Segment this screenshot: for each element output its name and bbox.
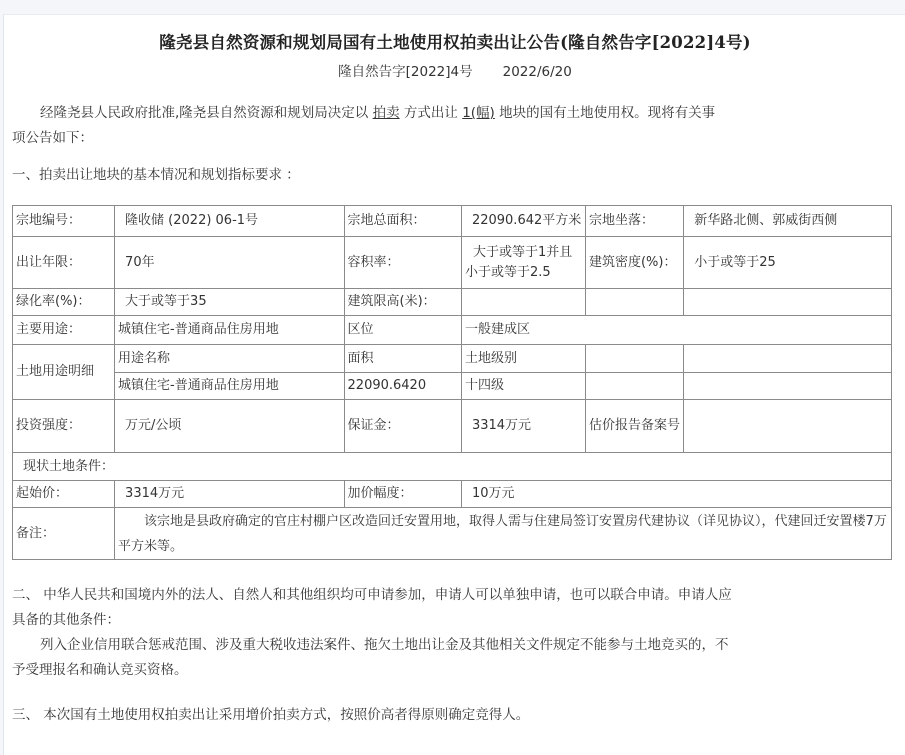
table-row: 宗地编号： 隆收储 (2022) 06-1号 宗地总面积： 22090.642平… xyxy=(13,206,892,237)
detail-header-grade: 土地级别 xyxy=(461,345,585,373)
document-title: 隆尧县自然资源和规划局国有土地使用权拍卖出让公告(隆自然告字[2022]4号) xyxy=(4,29,905,53)
main-use-label: 主要用途： xyxy=(13,316,115,345)
table-row: 出让年限： 70年 容积率： 大于或等于1并且小于或等于2.5 建筑密度(%)：… xyxy=(13,237,892,289)
appraisal-value xyxy=(684,400,892,453)
detail-grade-value: 十四级 xyxy=(461,373,585,400)
parcel-no-value: 隆收储 (2022) 06-1号 xyxy=(115,206,344,237)
deposit-label: 保证金： xyxy=(344,400,461,453)
far-value: 大于或等于1并且小于或等于2.5 xyxy=(461,237,585,289)
start-price-label: 起始价： xyxy=(13,481,115,508)
section-2-line: 予受理报名和确认竞买资格。 xyxy=(12,658,902,683)
detail-header-use: 用途名称 xyxy=(115,345,344,373)
detail-use-value: 城镇住宅-普通商品住房用地 xyxy=(115,373,344,400)
empty-cell xyxy=(585,289,683,316)
empty-cell xyxy=(684,373,892,400)
document-page: 隆尧县自然资源和规划局国有土地使用权拍卖出让公告(隆自然告字[2022]4号) … xyxy=(3,14,905,736)
doc-number: 隆自然告字[2022]4号 xyxy=(338,60,472,80)
deposit-value: 3314万元 xyxy=(461,400,585,453)
intro-text: 经隆尧县人民政府批准,隆尧县自然资源和规划局决定以 xyxy=(40,105,373,121)
total-area-label: 宗地总面积： xyxy=(344,206,461,237)
far-line-2: 小于或等于2.5 xyxy=(465,263,582,283)
increment-value: 10万元 xyxy=(461,481,891,508)
table-row: 城镇住宅-普通商品住房用地 22090.6420 十四级 xyxy=(13,373,892,400)
table-row: 起始价： 3314万元 加价幅度： 10万元 xyxy=(13,481,892,508)
empty-cell xyxy=(585,345,683,373)
main-use-value: 城镇住宅-普通商品住房用地 xyxy=(115,316,344,345)
auction-method: 拍卖 xyxy=(373,105,400,121)
investment-label: 投资强度： xyxy=(13,400,115,453)
empty-cell xyxy=(684,289,892,316)
table-row: 主要用途： 城镇住宅-普通商品住房用地 区位 一般建成区 xyxy=(13,316,892,345)
table-row: 土地用途明细 用途名称 面积 土地级别 xyxy=(13,345,892,373)
zone-value: 一般建成区 xyxy=(461,316,891,345)
intro-text: 地块的国有土地使用权。现将有关事 xyxy=(495,105,715,121)
section-3: 三、 本次国有土地使用权拍卖出让采用增价拍卖方式，按照价高者得原则确定竞得人。 xyxy=(12,703,529,728)
document-subtitle: 隆自然告字[2022]4号2022/6/20 xyxy=(4,60,905,80)
land-use-detail-label: 土地用途明细 xyxy=(13,345,115,400)
detail-header-area: 面积 xyxy=(344,345,461,373)
appraisal-label: 估价报告备案号 xyxy=(585,400,683,453)
detail-area-value: 22090.6420 xyxy=(344,373,461,400)
term-label: 出让年限： xyxy=(13,237,115,289)
increment-label: 加价幅度： xyxy=(344,481,461,508)
investment-value: 万元/公顷 xyxy=(115,400,344,453)
current-condition-label: 现状土地条件： xyxy=(13,453,892,481)
section-2-line: 具备的其他条件： xyxy=(12,608,902,633)
parcel-info-table: 宗地编号： 隆收储 (2022) 06-1号 宗地总面积： 22090.642平… xyxy=(12,205,892,560)
empty-cell xyxy=(684,345,892,373)
green-value: 大于或等于35 xyxy=(115,289,344,316)
empty-cell xyxy=(585,373,683,400)
intro-paragraph: 经隆尧县人民政府批准,隆尧县自然资源和规划局决定以 拍卖 方式出让 1(幅) 地… xyxy=(12,101,892,151)
intro-text: 方式出让 xyxy=(400,105,463,121)
section-2-line: 列入企业信用联合惩戒范围、涉及重大税收违法案件、拖欠土地出让金及其他相关文件规定… xyxy=(12,633,902,658)
parcel-count: 1(幅) xyxy=(462,105,495,121)
term-value: 70年 xyxy=(115,237,344,289)
zone-label: 区位 xyxy=(344,316,461,345)
far-line-1: 大于或等于1并且 xyxy=(465,243,582,263)
section-2: 二、 中华人民共和国境内外的法人、自然人和其他组织均可申请参加，申请人可以单独申… xyxy=(12,583,902,683)
total-area-value: 22090.642平方米 xyxy=(461,206,585,237)
location-label: 宗地坐落： xyxy=(585,206,683,237)
table-row: 备注： 该宗地是县政府确定的官庄村棚户区改造回迁安置用地，取得人需与住建局签订安… xyxy=(13,508,892,560)
section-2-line: 二、 中华人民共和国境内外的法人、自然人和其他组织均可申请参加，申请人可以单独申… xyxy=(12,583,902,608)
table-row: 投资强度： 万元/公顷 保证金： 3314万元 估价报告备案号 xyxy=(13,400,892,453)
parcel-no-label: 宗地编号： xyxy=(13,206,115,237)
remarks-label: 备注： xyxy=(13,508,115,560)
doc-date: 2022/6/20 xyxy=(503,64,572,80)
density-value: 小于或等于25 xyxy=(684,237,892,289)
height-value xyxy=(461,289,585,316)
density-label: 建筑密度(%)： xyxy=(585,237,683,289)
intro-text: 项公告如下： xyxy=(12,130,93,146)
green-label: 绿化率(%)： xyxy=(13,289,115,316)
far-label: 容积率： xyxy=(344,237,461,289)
location-value: 新华路北侧、郭威街西侧 xyxy=(684,206,892,237)
start-price-value: 3314万元 xyxy=(115,481,344,508)
section-1-heading: 一、拍卖出让地块的基本情况和规划指标要求 ： xyxy=(12,163,300,188)
table-row: 绿化率(%)： 大于或等于35 建筑限高(米)： xyxy=(13,289,892,316)
remarks-value: 该宗地是县政府确定的官庄村棚户区改造回迁安置用地，取得人需与住建局签订安置房代建… xyxy=(115,508,892,560)
height-label: 建筑限高(米)： xyxy=(344,289,461,316)
table-row: 现状土地条件： xyxy=(13,453,892,481)
